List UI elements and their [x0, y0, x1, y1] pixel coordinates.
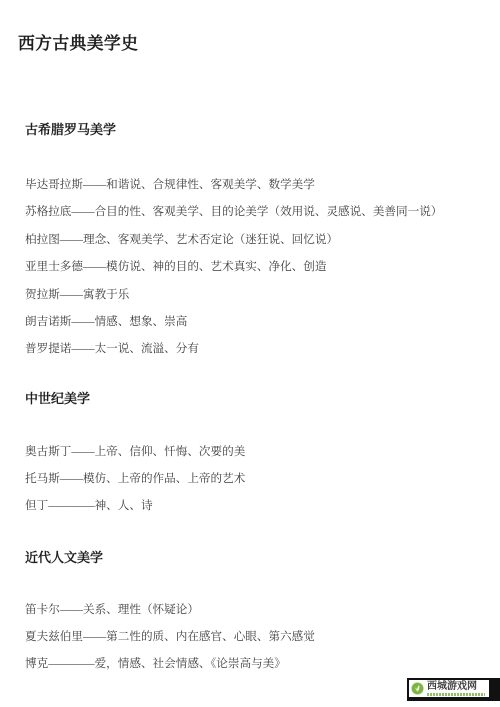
- entry-line: 苏格拉底——合目的性、客观美学、目的论美学（效用说、灵感说、美善同一说）: [25, 198, 500, 225]
- entry-line: 亚里士多德——模仿说、神的目的、艺术真实、净化、创造: [25, 253, 500, 280]
- site-watermark-badge: 西城游戏网: [407, 678, 500, 701]
- entry-line: 夏夫兹伯里——第二性的质、内在感官、心眼、第六感觉: [25, 623, 500, 650]
- entry-line: 柏拉图——理念、客观美学、艺术否定论（迷狂说、回忆说）: [25, 226, 500, 253]
- entry-line: 贺拉斯——寓教于乐: [25, 281, 500, 308]
- document-page: 西方古典美学史 古希腊罗马美学 毕达哥拉斯——和谐说、合规律性、客观美学、数学美…: [0, 0, 500, 707]
- entry-line: 毕达哥拉斯——和谐说、合规律性、客观美学、数学美学: [25, 171, 500, 198]
- entry-line: 笛卡尔——关系、理性（怀疑论）: [25, 596, 500, 623]
- entry-line: 托马斯——模仿、上帝的作品、上帝的艺术: [25, 465, 500, 492]
- entry-line: 普罗提诺——太一说、流溢、分有: [25, 335, 500, 362]
- section-medieval-entries: 奥古斯丁——上帝、信仰、忏悔、次要的美 托马斯——模仿、上帝的作品、上帝的艺术 …: [25, 438, 500, 519]
- page-title: 西方古典美学史: [18, 36, 138, 53]
- watermark-text-column: 西城游戏网: [427, 681, 485, 696]
- section-heading-medieval: 中世纪美学: [25, 392, 90, 405]
- section-heading-greek-roman: 古希腊罗马美学: [25, 123, 116, 136]
- entry-line: 博克————爱，情感、社会情感、《论崇高与美》: [25, 650, 500, 677]
- leaf-icon: [411, 682, 424, 695]
- section-heading-modern-humanist: 近代人文美学: [25, 551, 103, 564]
- entry-line: 奥古斯丁——上帝、信仰、忏悔、次要的美: [25, 438, 500, 465]
- entry-line: 朗吉诺斯——情感、想象、崇高: [25, 308, 500, 335]
- section-greek-roman-entries: 毕达哥拉斯——和谐说、合规律性、客观美学、数学美学 苏格拉底——合目的性、客观美…: [25, 171, 500, 363]
- section-modern-humanist-entries: 笛卡尔——关系、理性（怀疑论） 夏夫兹伯里——第二性的质、内在感官、心眼、第六感…: [25, 596, 500, 677]
- watermark-tagline-strip: [427, 693, 485, 696]
- watermark-site-name: 西城游戏网: [427, 681, 485, 692]
- site-watermark-inner: 西城游戏网: [409, 680, 489, 697]
- entry-line: 但丁————神、人、诗: [25, 492, 500, 519]
